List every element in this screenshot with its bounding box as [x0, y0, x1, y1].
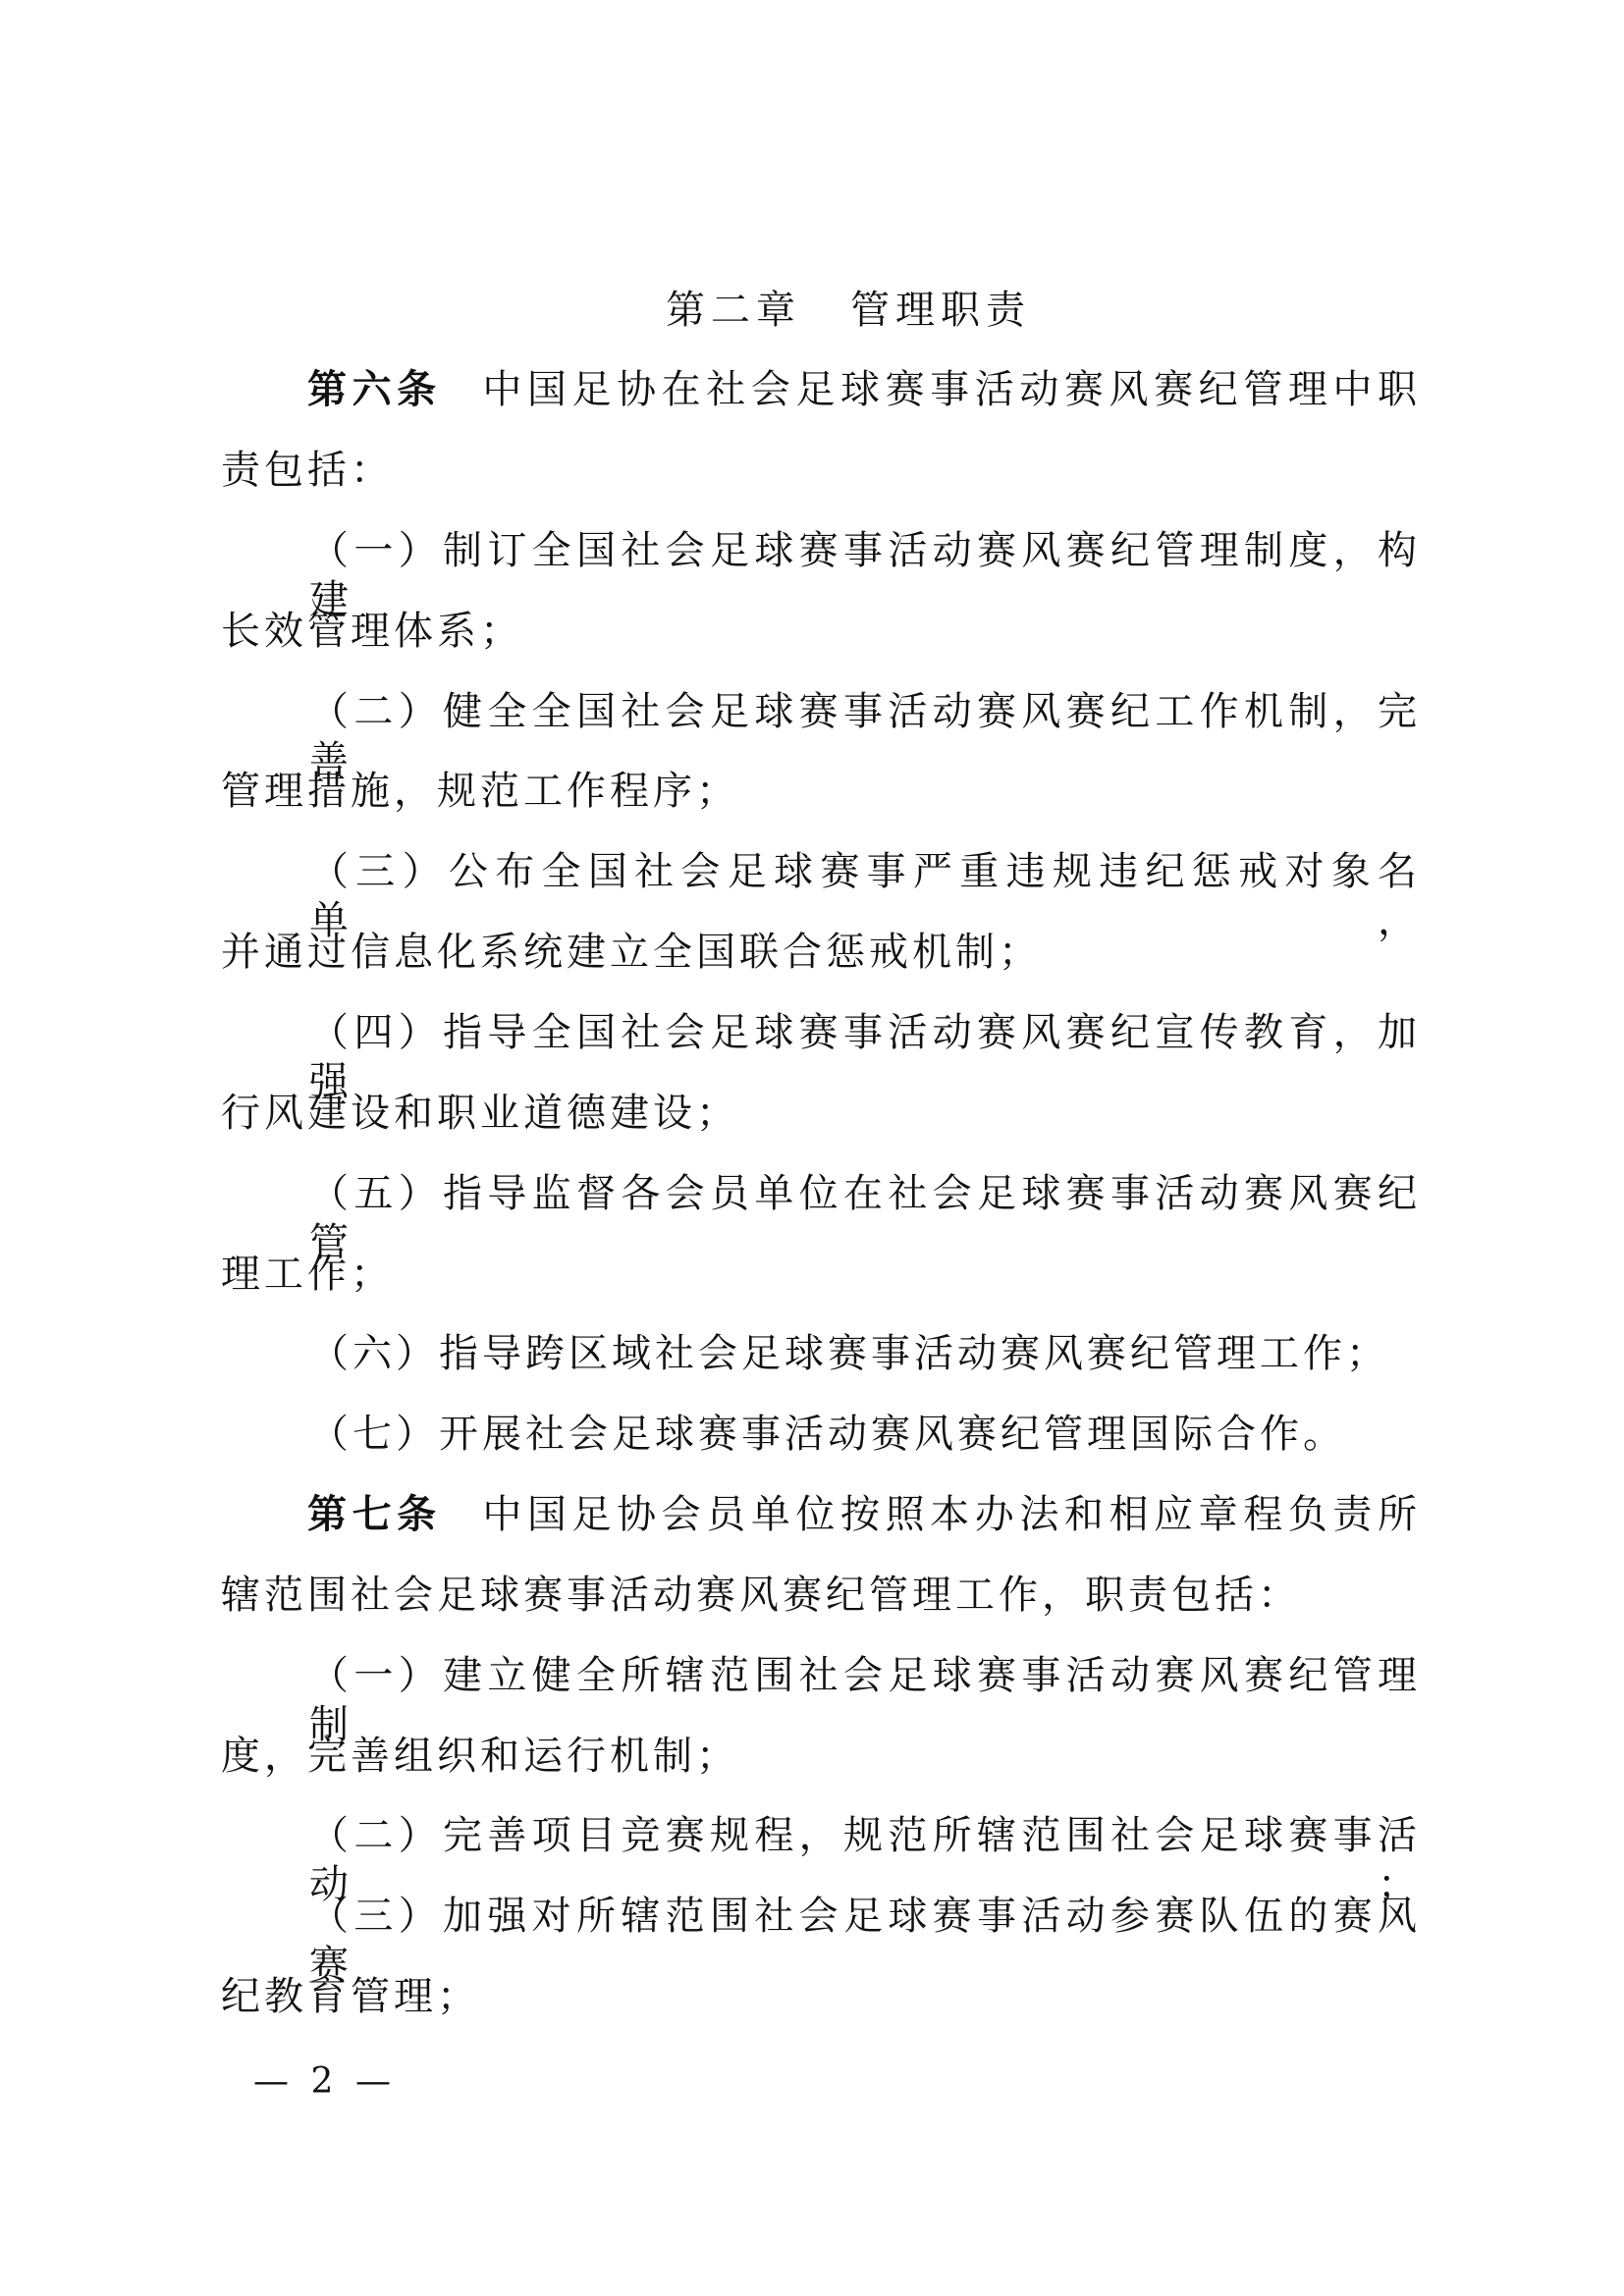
article-6-item-4-line-2: 行风建设和职业道德建设；	[221, 1089, 1421, 1138]
article-7-item-1-line-1: （一）建立健全所辖范围社会足球赛事活动赛风赛纪管理制	[309, 1651, 1421, 1700]
chapter-name: 管理职责	[850, 285, 1031, 336]
article-6-item-7: （七）开展社会足球赛事活动赛风赛纪管理国际合作。	[309, 1410, 1421, 1459]
page-number-value: 2	[311, 2057, 334, 2107]
chapter-number: 第二章	[666, 285, 801, 336]
page-number: — 2 —	[253, 2057, 391, 2107]
article-7-item-1-line-2: 度，完善组织和运行机制；	[221, 1732, 1421, 1781]
article-7-line-2: 辖范围社会足球赛事活动赛风赛纪管理工作，职责包括：	[221, 1571, 1421, 1620]
chapter-title: 第二章 管理职责	[666, 285, 1031, 336]
article-6-item-3-line-2: 并通过信息化系统建立全国联合惩戒机制；	[221, 928, 1421, 977]
article-6-item-4-line-1: （四）指导全国社会足球赛事活动赛风赛纪宣传教育，加强	[309, 1008, 1421, 1057]
article-7-line-1: 第七条中国足协会员单位按照本办法和相应章程负责所	[307, 1490, 1421, 1539]
article-6-item-3-line-1: （三）公布全国社会足球赛事严重违规违纪惩戒对象名单，	[309, 847, 1421, 896]
article-6-label: 第六条	[307, 366, 442, 412]
page-number-left-dash: —	[253, 2057, 289, 2107]
article-6-item-1-line-2: 长效管理体系；	[221, 607, 1421, 656]
article-7-label: 第七条	[307, 1491, 442, 1537]
article-7-item-3-line-1: （三）加强对所辖范围社会足球赛事活动参赛队伍的赛风赛	[309, 1892, 1421, 1941]
article-6-item-5-line-2: 理工作；	[221, 1250, 1421, 1299]
article-6-item-2-line-2: 管理措施，规范工作程序；	[221, 767, 1421, 816]
article-6-item-5-line-1: （五）指导监督各会员单位在社会足球赛事活动赛风赛纪管	[309, 1169, 1421, 1218]
article-7-item-3-line-2: 纪教育管理；	[221, 1972, 1421, 2021]
page-number-right-dash: —	[355, 2057, 391, 2107]
article-6-text: 中国足协在社会足球赛事活动赛风赛纪管理中职	[481, 367, 1421, 412]
article-6-item-2-line-1: （二）健全全国社会足球赛事活动赛风赛纪工作机制，完善	[309, 687, 1421, 736]
article-6-item-6: （六）指导跨区域社会足球赛事活动赛风赛纪管理工作；	[309, 1329, 1421, 1378]
article-6-line-1: 第六条中国足协在社会足球赛事活动赛风赛纪管理中职	[307, 365, 1421, 414]
article-6-line-2: 责包括：	[221, 446, 1421, 495]
article-7-item-2: （二）完善项目竞赛规程，规范所辖范围社会足球赛事活动；	[309, 1811, 1421, 1860]
article-7-text: 中国足协会员单位按照本办法和相应章程负责所	[481, 1492, 1421, 1537]
article-6-item-1-line-1: （一）制订全国社会足球赛事活动赛风赛纪管理制度，构建	[309, 526, 1421, 575]
